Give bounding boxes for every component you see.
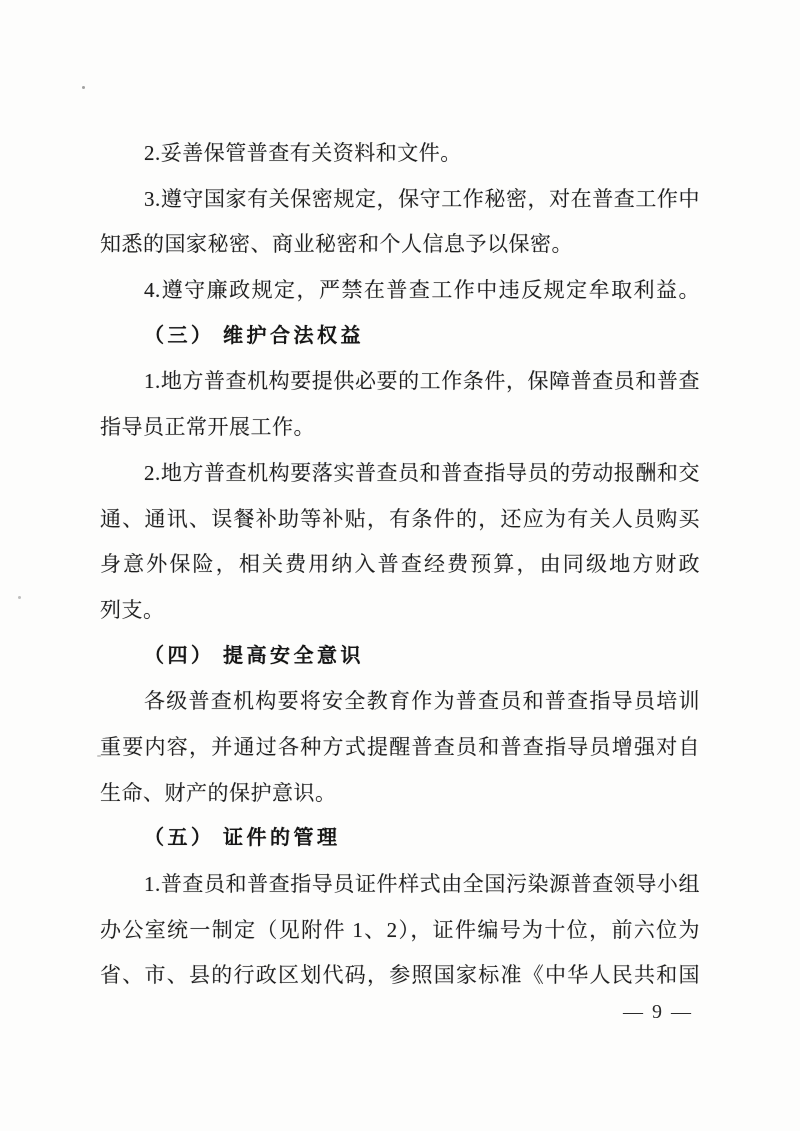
- text-line: 重要内容，并通过各种方式提醒普查员和普查指导员增强对自身: [100, 725, 700, 771]
- section-heading: （四） 提高安全意识: [100, 634, 700, 680]
- text-line: 1.普查员和普查指导员证件样式由全国污染源普查领导小组: [100, 862, 700, 908]
- scan-speckle: [82, 86, 85, 89]
- text-line: 2.地方普查机构要落实普查员和普查指导员的劳动报酬和交: [100, 451, 700, 497]
- text-line: 通、通讯、误餐补助等补贴，有条件的，还应为有关人员购买人: [100, 497, 700, 543]
- text-line: 办公室统一制定（见附件 1、2），证件编号为十位，前六位为: [100, 908, 700, 954]
- scan-speckle: [18, 596, 21, 599]
- text-line: 4.遵守廉政规定，严禁在普查工作中违反规定牟取利益。: [100, 268, 700, 314]
- text-line: 生命、财产的保护意识。: [100, 771, 700, 817]
- page-number: — 9 —: [598, 992, 718, 1032]
- text-line: 3.遵守国家有关保密规定，保守工作秘密，对在普查工作中: [100, 177, 700, 223]
- text-line: 知悉的国家秘密、商业秘密和个人信息予以保密。: [100, 222, 700, 268]
- document-page: 2.妥善保管普查有关资料和文件。 3.遵守国家有关保密规定，保守工作秘密，对在普…: [0, 0, 800, 1131]
- text-line: 1.地方普查机构要提供必要的工作条件，保障普查员和普查: [100, 359, 700, 405]
- section-heading: （三） 维护合法权益: [100, 314, 700, 360]
- text-line: 列支。: [100, 588, 700, 634]
- text-line: 2.妥善保管普查有关资料和文件。: [100, 131, 700, 177]
- section-heading: （五） 证件的管理: [100, 816, 700, 862]
- text-line: 身意外保险，相关费用纳入普查经费预算，由同级地方财政: [100, 542, 700, 588]
- text-line: 指导员正常开展工作。: [100, 405, 700, 451]
- document-body: 2.妥善保管普查有关资料和文件。 3.遵守国家有关保密规定，保守工作秘密，对在普…: [100, 131, 700, 999]
- text-line: 各级普查机构要将安全教育作为普查员和普查指导员培训的: [100, 679, 700, 725]
